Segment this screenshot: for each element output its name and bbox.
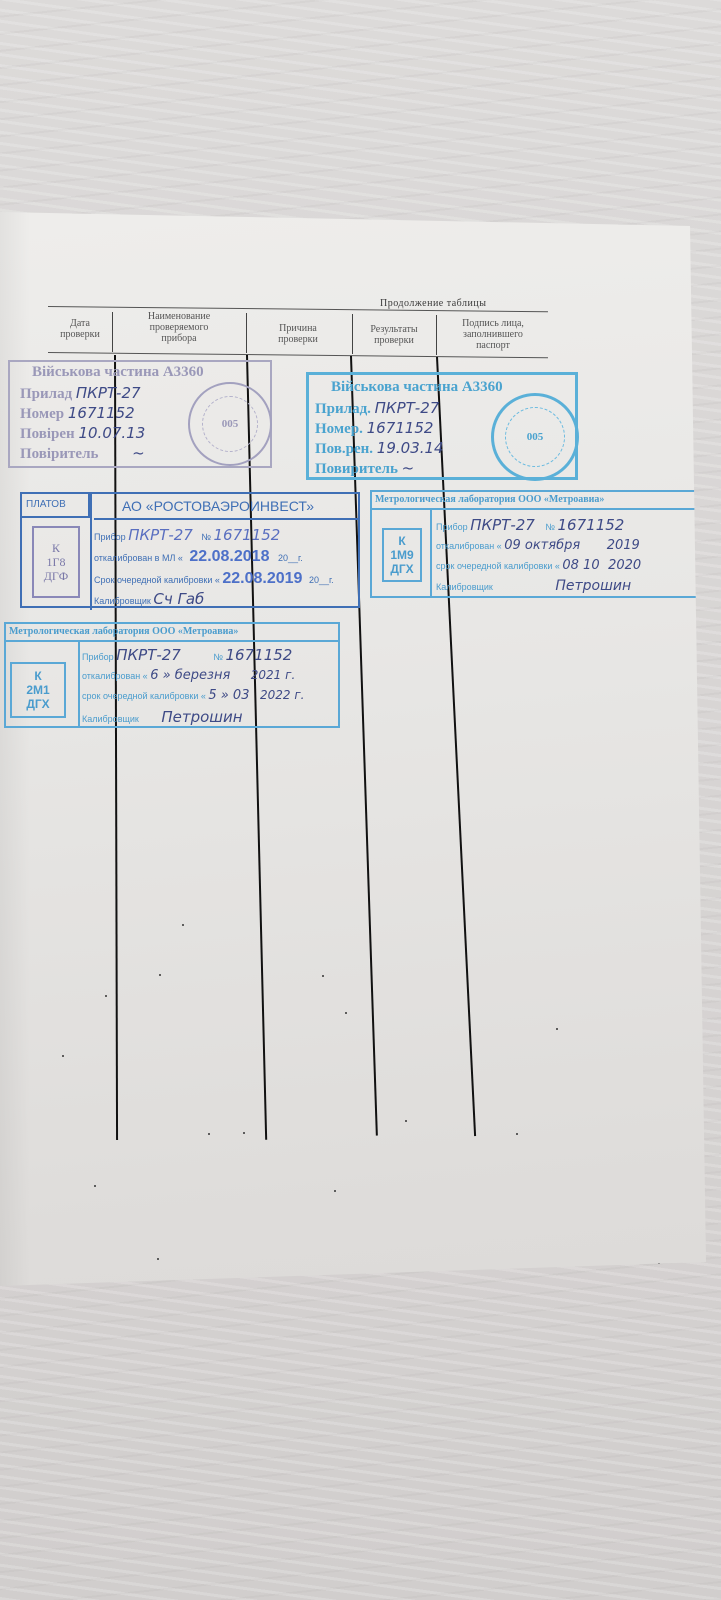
header-text: проверки [248,334,348,345]
stamp-header: Військова частина А3360 [32,364,204,381]
calibration-code-box: К 1Г8 ДГФ [32,526,80,598]
calibrated-row: откалиброван « 6 » березня 2021 г. [82,668,295,683]
code-line: К [12,669,64,683]
paper-speck [182,924,184,926]
next-calibration-row: срок очередной калибровки « 5 » 03 2022 … [82,688,304,703]
stamp-verified-row: Повірен 10.07.13 [20,424,145,443]
calibrator-signature: Петрошин [161,708,242,726]
calibrated-date: 6 » березня [150,668,230,683]
device-row: Прибор ПКРТ-27 № 1671152 [436,516,624,534]
device-label: Прибор [94,532,126,542]
year-suffix: 20__г. [309,575,334,585]
stamp-verified-row: Пов.рен. 19.03.14 [315,439,444,458]
number-value: 1671152 [226,646,293,664]
calibrated-row: откалиброван в МЛ « 22.08.2018 20__г. [94,548,303,566]
calibrator-label: Калибровщик [82,714,139,724]
round-seal: 005 [188,382,272,466]
next-calibration-date: 5 » 03 [208,688,249,703]
stamp-verifier-row: Повіритель ~ [20,444,145,463]
next-calibration-label: срок очередной калибровки « [436,561,560,571]
calibrated-label: откалиброван « [82,671,148,681]
paper-speck [157,1258,159,1260]
next-calibration-label: Срок очередной калибровки « [94,575,220,585]
column-header-date: Дата проверки [48,318,112,340]
verified-label: Повірен [20,426,75,442]
stamp-header: Військова частина А3360 [331,379,503,396]
round-seal-inner [202,396,258,452]
round-seal-inner [505,407,565,467]
device-label: Прилад. [315,401,371,417]
column-line [114,355,118,1140]
stamp-divider [90,494,92,610]
stamp-number-row: Номер 1671152 [20,404,135,423]
code-line: ДГХ [384,562,420,576]
calibrator-row: Калибровщик Сч Габ [94,590,204,608]
calibration-code-box: К 1М9 ДГХ [382,528,422,582]
header-text: проверяемого [114,322,244,333]
header-text: Результаты [354,324,434,335]
device-value: ПКРТ-27 [128,526,193,544]
header-text: прибора [114,333,244,344]
device-value: ПКРТ-27 [375,399,440,417]
column-header-results: Результаты проверки [354,324,434,346]
paper-speck [62,1055,64,1057]
military-stamp-2013: Військова частина А3360 Прилад ПКРТ-27 Н… [8,360,272,468]
device-row: Прибор ПКРТ-27 № 1671152 [94,526,280,544]
header-text: Подпись лица, [438,318,548,329]
verified-label: Пов.рен. [315,441,373,457]
verified-value: 10.07.13 [78,424,145,442]
header-text: проверки [354,335,434,346]
header-text: Причина [248,323,348,334]
stamp-device-row: Прилад ПКРТ-27 [20,384,141,403]
paper-speck [105,995,107,997]
next-calibration-date: 08 10 [562,558,599,573]
column-header-device-name: Наименование проверяемого прибора [114,311,244,344]
code-line: 2М1 [12,683,64,697]
calibrator-label: Калибровщик [94,596,151,606]
next-calibration-year: 2022 г. [260,688,304,702]
verifier-signature: ~ [132,444,145,462]
metroavia-stamp-2019: Метрологическая лаборатория ООО «Метроав… [370,490,716,598]
device-label: Прибор [436,522,468,532]
paper-speck [322,975,324,977]
device-label: Прибор [82,652,114,662]
number-value: 1671152 [367,419,434,437]
calibrator-row: Калибровщик Петрошин [82,708,243,726]
device-row: Прибор ПКРТ-27 № 1671152 [82,646,292,664]
paper-speck [516,1133,518,1135]
code-line: К [34,541,78,555]
number-label: № [201,532,211,542]
header-separator [112,312,113,352]
number-label: № [545,522,555,532]
round-seal: 005 [491,393,579,481]
calibrator-label: Калибровщик [436,582,493,592]
next-calibration-row: Срок очередной калибровки « 22.08.2019 2… [94,570,334,588]
code-line: 1Г8 [34,555,78,569]
next-calibration-row: срок очередной калибровки « 08 10 2020 [436,558,641,573]
verified-value: 19.03.14 [377,439,444,457]
stamp-divider [430,508,432,596]
calibrator-signature: Петрошин [555,578,631,594]
stamp-verifier-row: Повиритель ~ [315,459,414,478]
column-header-reason: Причина проверки [248,323,348,345]
paper-speck [345,1012,347,1014]
header-text: Дата [48,318,112,329]
verifier-label: Повиритель [315,461,398,477]
number-value: 1671152 [68,404,135,422]
lab-title: Метрологическая лаборатория ООО «Метроав… [375,494,604,505]
stamp-divider [94,518,358,520]
header-bottom-line [48,352,548,358]
paper-speck [556,1028,558,1030]
military-stamp-2014: Військова частина А3360 Прилад. ПКРТ-27 … [306,372,578,480]
verifier-signature: ~ [402,459,415,477]
continuation-title: Продолжение таблицы [380,298,486,309]
header-text: проверки [48,329,112,340]
stamp-divider [78,640,80,726]
header-text: паспорт [438,340,548,351]
header-text: заполнившего [438,329,548,340]
calibrated-label: откалиброван в МЛ « [94,553,183,563]
paper-speck [243,1132,245,1134]
calibrator-row: Калибровщик Петрошин [436,578,631,594]
paper-speck [159,974,161,976]
lab-title: Метрологическая лаборатория ООО «Метроав… [9,626,238,637]
paper-speck [94,1185,96,1187]
calibrated-label: откалиброван « [436,541,502,551]
number-label: № [213,652,223,662]
stamp-device-row: Прилад. ПКРТ-27 [315,399,439,418]
stamp-number-row: Номер. 1671152 [315,419,433,438]
calibration-code-box: К 2М1 ДГХ [10,662,66,718]
calibrated-year: 2021 г. [251,668,295,682]
number-value: 1671152 [214,526,281,544]
calibrator-signature: Сч Габ [153,590,204,608]
header-separator [436,315,437,355]
next-calibration-label: срок очередной калибровки « [82,691,206,701]
calibrated-date: 22.08.2018 [189,548,269,565]
device-value: ПКРТ-27 [76,384,141,402]
header-separator [352,314,353,354]
next-calibration-year: 2020 [608,558,641,573]
number-label: Номер [20,406,64,422]
stamp-divider [372,508,714,510]
paper-speck [334,1190,336,1192]
code-line: К [384,534,420,548]
calibrated-date: 09 октября [504,538,580,553]
device-value: ПКРТ-27 [470,516,535,534]
header-text: Наименование [114,311,244,322]
number-value: 1671152 [558,516,625,534]
calibrated-year: 2019 [607,538,640,553]
platov-label: ПЛАТОВ [22,494,90,518]
next-calibration-date: 22.08.2019 [222,570,302,587]
column-line [246,355,267,1140]
code-line: ДГФ [34,569,78,583]
year-suffix: 20__г. [278,553,303,563]
device-value: ПКРТ-27 [116,646,181,664]
number-label: Номер. [315,421,363,437]
device-label: Прилад [20,386,72,402]
metroavia-stamp-2021: Метрологическая лаборатория ООО «Метроав… [4,622,340,728]
paper-speck [208,1133,210,1135]
stamp-divider [6,640,338,642]
code-line: 1М9 [384,548,420,562]
verifier-label: Повіритель [20,446,98,462]
company-name: АО «РОСТОВАЭРОИНВЕСТ» [122,498,314,514]
column-header-signature: Подпись лица, заполнившего паспорт [438,318,548,351]
code-line: ДГХ [12,697,64,711]
rostovaeroinvest-stamp: ПЛАТОВ АО «РОСТОВАЭРОИНВЕСТ» К 1Г8 ДГФ П… [20,492,360,608]
calibrated-row: откалиброван « 09 октября 2019 [436,538,640,553]
header-separator [246,313,247,353]
paper-speck [405,1120,407,1122]
